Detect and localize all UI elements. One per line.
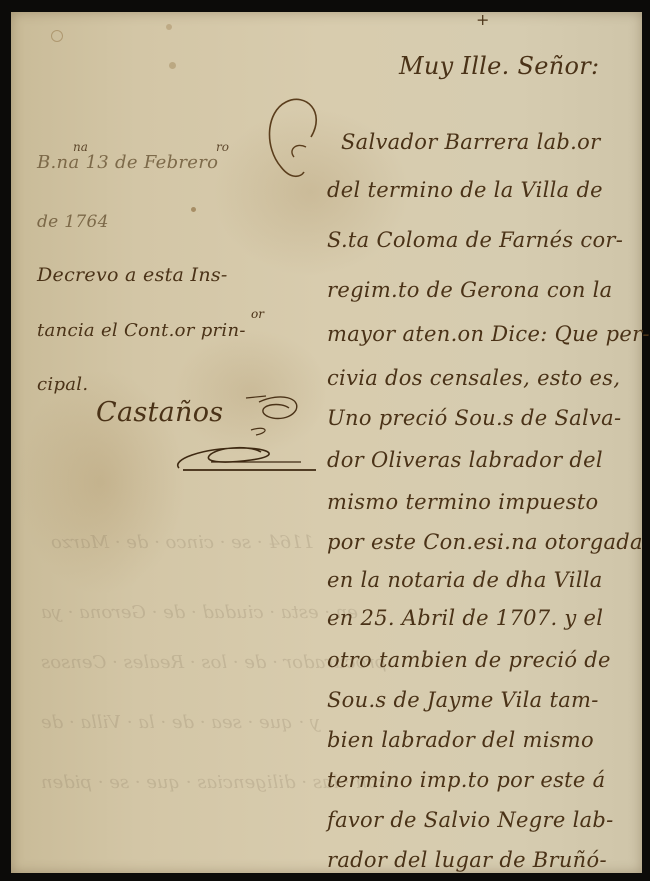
- margin-note-line: cipal.: [37, 374, 88, 395]
- ink-spot: [169, 62, 176, 69]
- body-line: S.ta Coloma de Farnés cor-: [327, 228, 623, 252]
- bleed-through-text: en · esta · ciudad · de · Gerona · ya: [41, 602, 358, 623]
- margin-superscript: or: [251, 307, 264, 321]
- initial-s-flourish: [266, 92, 336, 192]
- margin-note-line: B.na 13 de Febrero: [37, 152, 218, 173]
- margin-superscript: na: [73, 140, 88, 154]
- body-line: en 25. Abril de 1707. y el: [327, 606, 603, 630]
- body-line: rador del lugar de Bruñó-: [327, 848, 607, 872]
- body-line: mismo termino impuesto: [327, 490, 599, 514]
- body-line: Sou.s de Jayme Vila tam-: [327, 688, 599, 712]
- body-line: otro tambien de preció de: [327, 648, 611, 672]
- body-line: termino imp.to por este á: [327, 768, 605, 792]
- body-line: mayor aten.on Dice: Que per-: [327, 322, 650, 346]
- header-cross-mark: +: [476, 10, 490, 29]
- ink-ring: [51, 30, 63, 42]
- bleed-through-text: y · que · sea · de · la · Villa · de: [41, 712, 320, 733]
- body-line: dor Oliveras labrador del: [327, 448, 603, 472]
- body-line: civia dos censales, esto es,: [327, 366, 620, 390]
- body-line: Salvador Barrera lab.or: [341, 130, 600, 154]
- body-line: Uno preció Sou.s de Salva-: [327, 406, 621, 430]
- body-line: bien labrador del mismo: [327, 728, 594, 752]
- signature-rubric-flourish: [171, 390, 321, 480]
- margin-note-line: tancia el Cont.or prin-: [37, 320, 246, 341]
- manuscript-page: 1164 · se · cinco · de · Marzo en · esta…: [11, 12, 642, 873]
- ink-spot: [191, 207, 196, 212]
- body-line: regim.to de Gerona con la: [327, 278, 612, 302]
- salutation: Muy Ille. Señor:: [399, 52, 599, 80]
- body-line: del termino de la Villa de: [327, 178, 603, 202]
- body-line: por este Con.esi.na otorgada: [327, 530, 643, 554]
- bleed-through-text: 1164 · se · cinco · de · Marzo: [51, 532, 314, 553]
- margin-note-line: Decrevo a esta Ins-: [37, 264, 228, 286]
- body-line: en la notaria de dha Villa: [327, 568, 603, 592]
- ink-spot: [166, 24, 172, 30]
- body-line: favor de Salvio Negre lab-: [327, 808, 614, 832]
- margin-note-line: de 1764: [37, 212, 109, 232]
- margin-superscript: ro: [216, 140, 229, 154]
